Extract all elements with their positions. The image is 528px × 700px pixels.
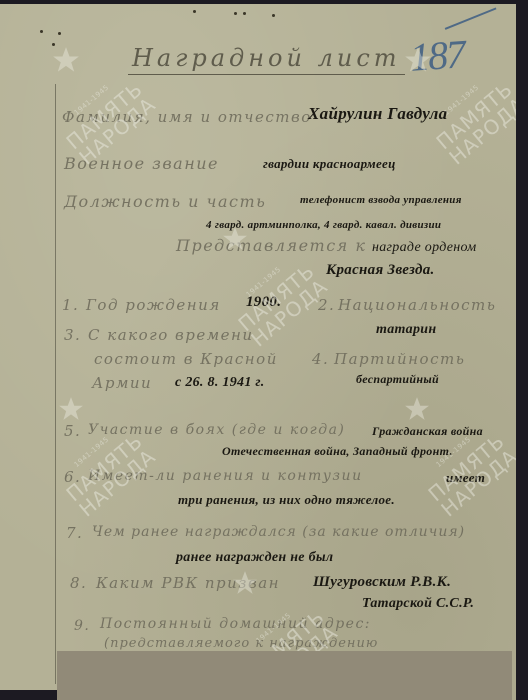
item-1-label: Год рождения: [86, 296, 221, 314]
watermark-star-icon: [58, 396, 84, 422]
item-3-label-2: состоит в Красной: [94, 350, 278, 368]
field-name-label: Фамилия, имя и отчество: [62, 108, 312, 126]
item-4-number: 4.: [312, 350, 329, 368]
item-6-value-1: имеет: [446, 470, 485, 486]
paper-speck: [193, 10, 196, 13]
scan-edge-right: [516, 0, 528, 700]
item-7-value: ранее награжден не был: [176, 550, 333, 566]
item-3-label-1: С какого времени: [88, 326, 254, 344]
item-5-label: Участие в боях (где и когда): [88, 422, 345, 438]
item-7-label: Чем ранее награждался (за какие отличия): [92, 524, 465, 540]
item-2-number: 2.: [318, 296, 335, 314]
item-5-number: 5.: [64, 422, 81, 440]
field-nominated-value-1: награде орденом: [372, 240, 477, 256]
item-4-value: беспартийный: [356, 372, 439, 387]
item-8-value-1: Шугуровским Р.В.К.: [313, 574, 451, 591]
item-3-value: с 26. 8. 1941 г.: [175, 375, 265, 391]
stamp-stroke: [445, 7, 497, 29]
redaction-block: [57, 651, 512, 700]
item-3-number: 3.: [64, 326, 81, 344]
field-position-value-1: телефонист взвода управления: [300, 194, 462, 206]
item-8-label: Каким РВК призван: [96, 574, 280, 592]
paper-speck: [58, 32, 61, 35]
item-4-label: Партийность: [334, 350, 465, 368]
field-nominated-label: Представляется к: [176, 236, 366, 255]
margin-line: [55, 84, 56, 684]
award-sheet-scan: Наградной лист 187 Фамилия, имя и отчест…: [0, 4, 516, 700]
item-2-value: татарин: [376, 322, 436, 338]
field-position-value-2: 4 гвард. артминполка, 4 гвард. кавал. ди…: [206, 219, 441, 231]
paper-speck: [40, 30, 43, 33]
item-3-label-3: Армии: [92, 374, 152, 392]
item-6-label: Имеет-ли ранения и контузии: [88, 468, 363, 484]
item-5-value-2: Отечественная война, Западный фронт.: [222, 444, 453, 459]
item-2-label: Национальность: [338, 296, 496, 314]
field-rank-value: гвардии красноармеец: [263, 156, 396, 172]
paper-speck: [243, 12, 246, 15]
paper-speck: [234, 12, 237, 15]
field-rank-label: Военное звание: [64, 154, 219, 173]
item-9-label-1: Постоянный домашний адрес:: [100, 616, 371, 632]
paper-speck: [52, 43, 55, 46]
item-9-label-2: (представляемого к награждению: [104, 636, 378, 651]
scan-edge: [0, 690, 57, 700]
item-1-value: 1900.: [246, 294, 281, 311]
item-5-value-1: Гражданская война: [372, 424, 483, 439]
item-7-number: 7.: [66, 524, 83, 542]
field-name-value: Хайрулин Гавдула: [308, 104, 447, 124]
field-position-label: Должность и часть: [64, 192, 266, 211]
watermark-star-icon: [52, 46, 80, 74]
field-nominated-value-2: Красная Звезда.: [326, 262, 435, 279]
item-9-number: 9.: [74, 618, 90, 634]
document-title: Наградной лист: [128, 44, 405, 75]
item-6-number: 6.: [64, 468, 81, 486]
item-1-number: 1.: [62, 296, 79, 314]
item-6-value-2: три ранения, из них одно тяжелое.: [178, 492, 395, 508]
item-8-value-2: Татарской С.С.Р.: [362, 596, 474, 612]
archive-number: 187: [408, 30, 465, 81]
watermark-star-icon: [404, 396, 430, 422]
item-8-number: 8.: [70, 574, 87, 592]
paper-speck: [272, 14, 275, 17]
